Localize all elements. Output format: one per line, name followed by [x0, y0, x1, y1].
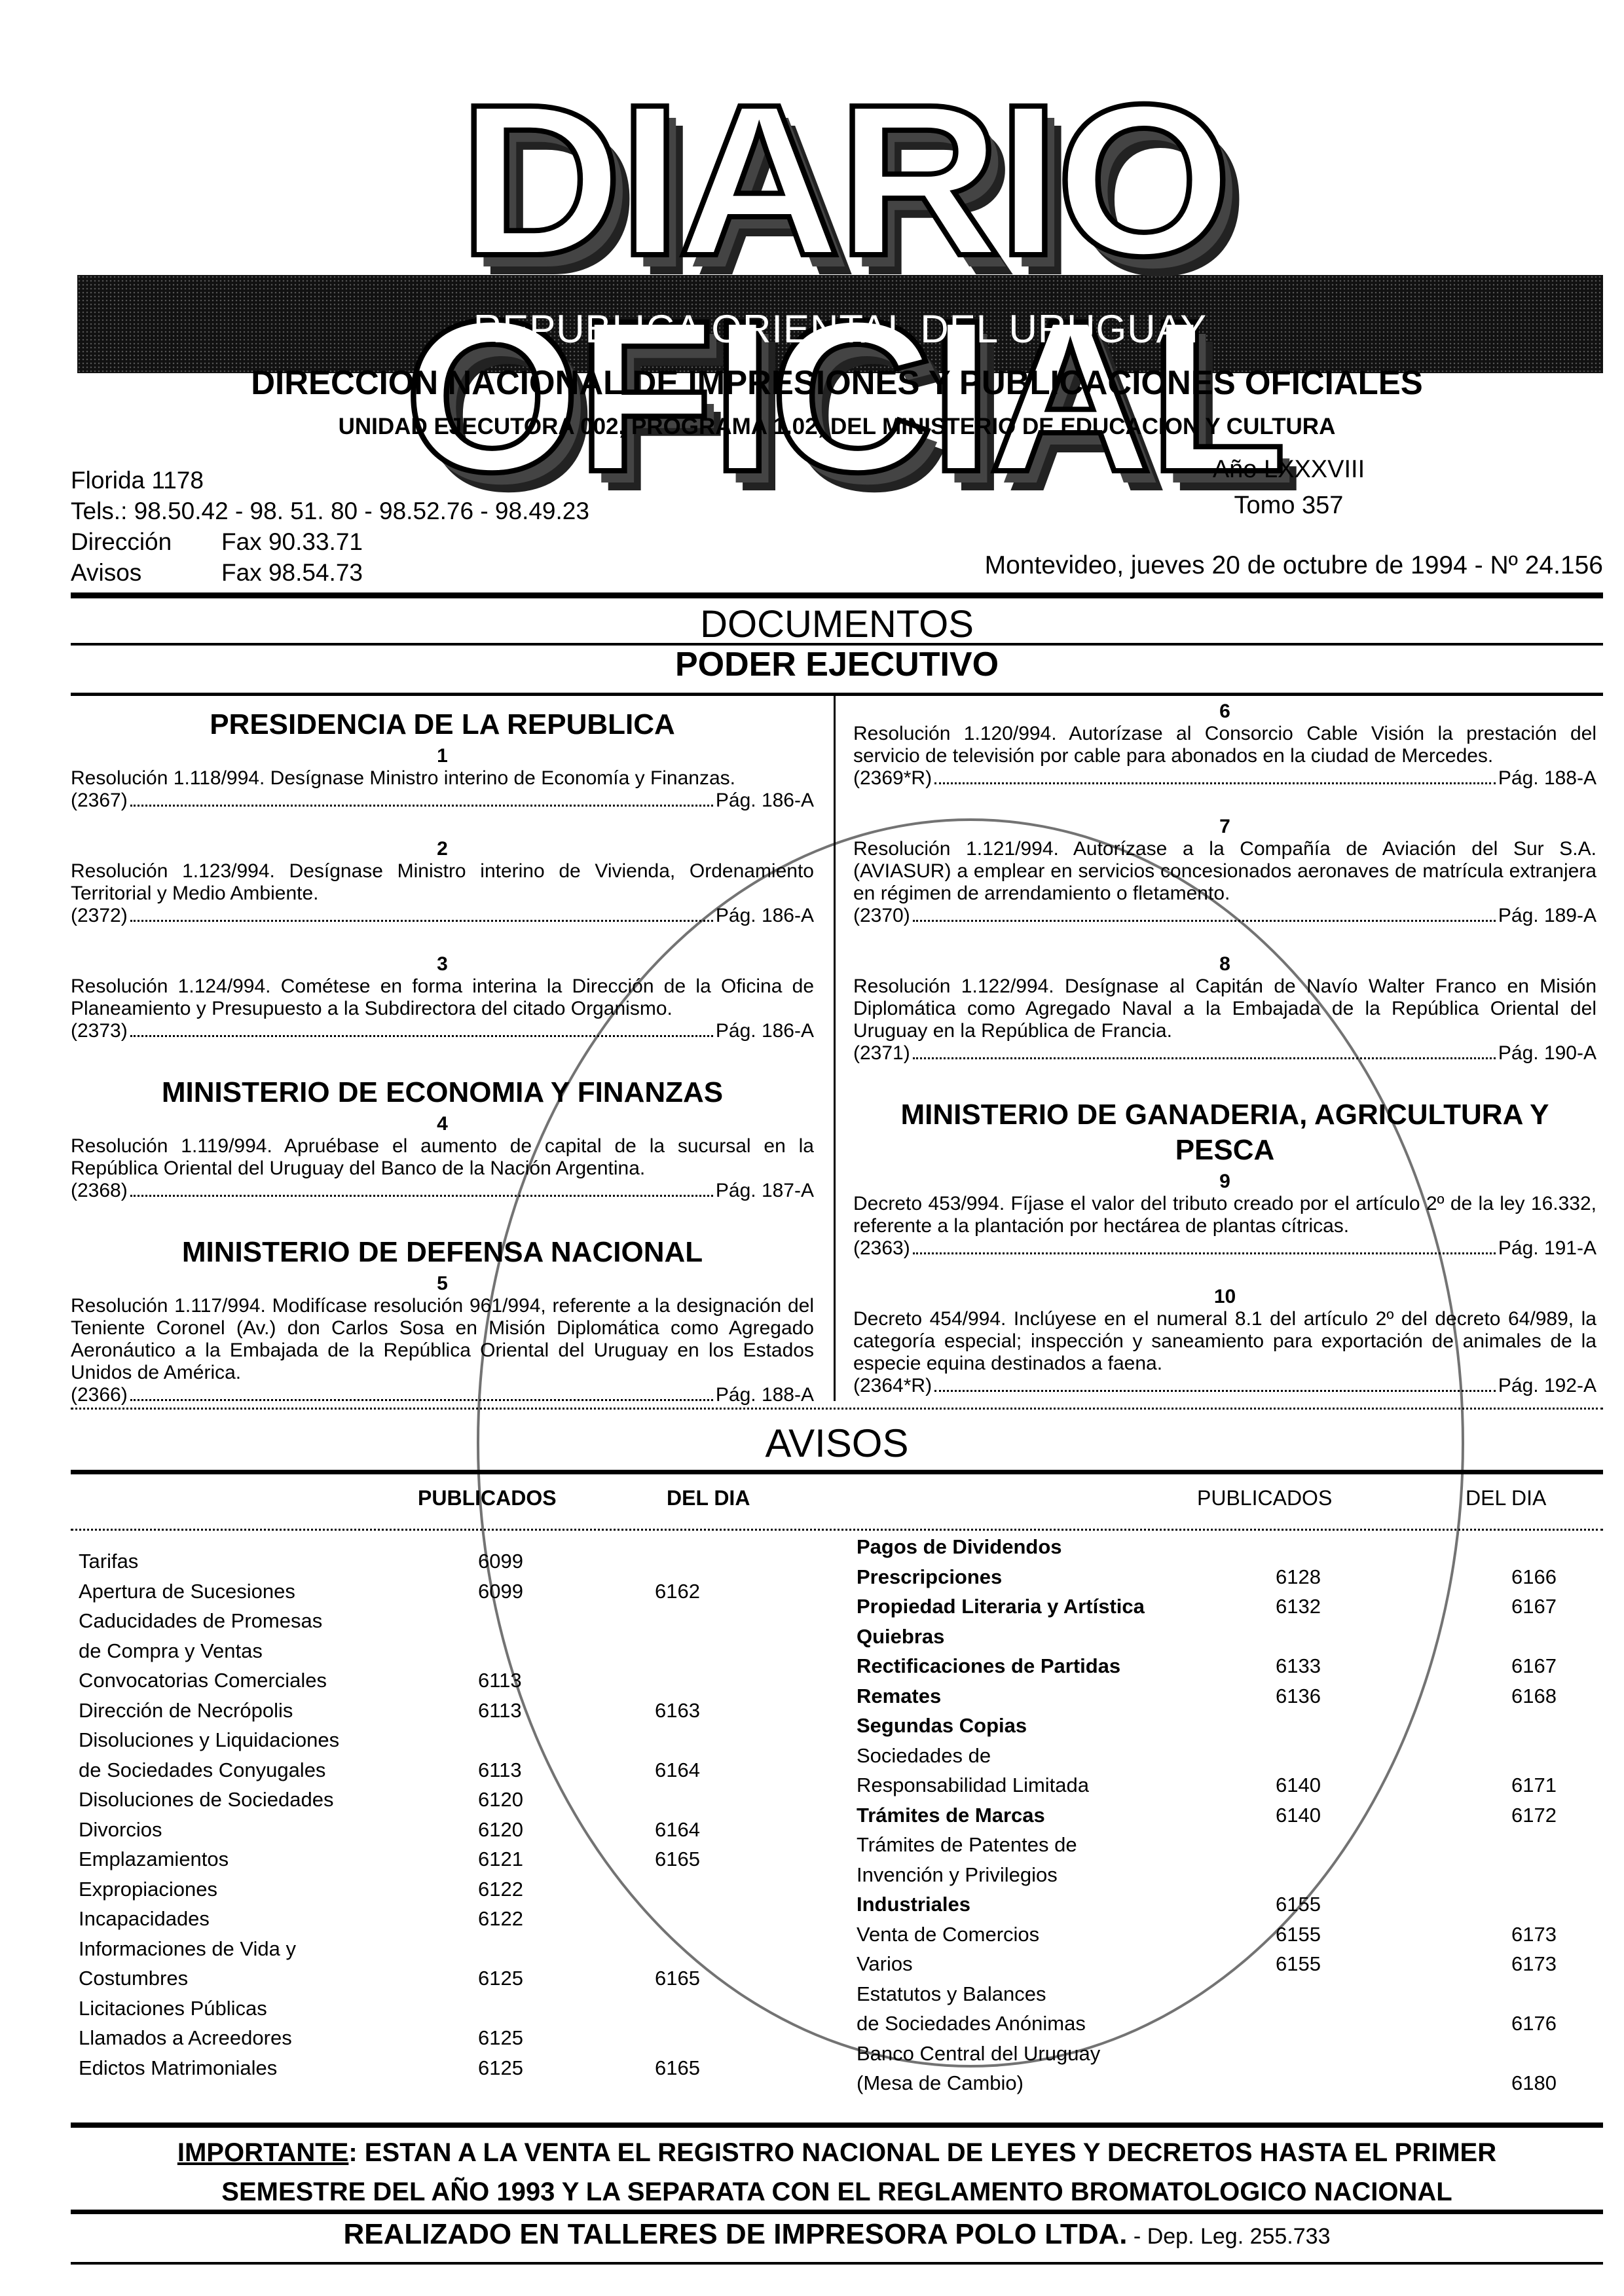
notice-line-2: SEMESTRE DEL AÑO 1993 Y LA SEPARATA CON …: [71, 2172, 1603, 2212]
aviso-row: Banco Central del Uruguay: [857, 2039, 1624, 2069]
divider: [71, 592, 1603, 598]
spacer: [853, 1065, 1596, 1091]
aviso-category: Industriales: [857, 1889, 1236, 1920]
entry-page: Pág. 187-A: [716, 1180, 814, 1202]
aviso-row: Dirección de Necrópolis61136163: [79, 1696, 786, 1726]
aviso-category: Expropiaciones: [79, 1874, 452, 1904]
entry-page: Pág. 186-A: [716, 1020, 814, 1042]
aviso-row: de Compra y Ventas: [79, 1636, 786, 1666]
dot-leader: [934, 782, 1496, 784]
fax-label: Dirección: [71, 526, 221, 557]
entry-code: (2370): [853, 905, 910, 927]
aviso-category: Convocatorias Comerciales: [79, 1666, 452, 1696]
document-entry: 6Resolución 1.120/994. Autorízase al Con…: [853, 701, 1596, 790]
entry-code: (2373): [71, 1020, 128, 1042]
aviso-today-page: 6173: [1472, 1920, 1624, 1950]
aviso-category: Caducidades de Promesas: [79, 1606, 452, 1636]
aviso-row: Estatutos y Balances: [857, 1979, 1624, 2009]
avisos-right-list: Pagos de DividendosPrescripciones6128616…: [857, 1532, 1624, 2098]
aviso-row: de Sociedades Conyugales61136164: [79, 1755, 786, 1785]
aviso-published-page: [1236, 1830, 1472, 1860]
header-today-right: DEL DIA: [1466, 1486, 1546, 1510]
aviso-today-page: [648, 1606, 786, 1636]
aviso-category: Costumbres: [79, 1963, 452, 1994]
aviso-row: Edictos Matrimoniales61256165: [79, 2053, 786, 2083]
aviso-category: Edictos Matrimoniales: [79, 2053, 452, 2083]
spacer: [71, 1202, 814, 1228]
aviso-today-page: 6163: [648, 1696, 786, 1726]
aviso-published-page: 6125: [452, 2053, 648, 2083]
entry-code: (2364*R): [853, 1375, 932, 1397]
aviso-row: Expropiaciones6122: [79, 1874, 786, 1904]
aviso-published-page: 6140: [1236, 1800, 1472, 1831]
aviso-today-page: [1472, 1889, 1624, 1920]
entry-reference: (2368)Pág. 187-A: [71, 1180, 814, 1202]
divider: [71, 2262, 1603, 2265]
aviso-today-page: [648, 1874, 786, 1904]
column-divider: [834, 694, 836, 1401]
entry-reference: (2367)Pág. 186-A: [71, 790, 814, 812]
aviso-category: Banco Central del Uruguay: [857, 2039, 1236, 2069]
spacer: [853, 1260, 1596, 1286]
aviso-published-page: 6128: [1236, 1562, 1472, 1592]
aviso-today-page: [1472, 2039, 1624, 2069]
important-notice: IMPORTANTE: ESTAN A LA VENTA EL REGISTRO…: [71, 2133, 1603, 2212]
entry-page: Pág. 190-A: [1498, 1042, 1596, 1065]
aviso-today-page: 6164: [648, 1815, 786, 1845]
dot-leader: [130, 1035, 713, 1037]
aviso-row: Segundas Copias: [857, 1711, 1624, 1741]
aviso-published-page: 6113: [452, 1755, 648, 1785]
aviso-row: Costumbres61256165: [79, 1963, 786, 1994]
aviso-today-page: [1472, 1830, 1624, 1860]
aviso-today-page: [1472, 1622, 1624, 1652]
aviso-category: Llamados a Acreedores: [79, 2023, 452, 2053]
entry-page: Pág. 191-A: [1498, 1237, 1596, 1260]
aviso-published-page: [452, 1994, 648, 2024]
aviso-row: de Sociedades Anónimas6176: [857, 2009, 1624, 2039]
header-published-left: PUBLICADOS: [418, 1486, 557, 1510]
aviso-published-page: 6113: [452, 1666, 648, 1696]
aviso-today-page: [648, 1934, 786, 1964]
aviso-published-page: 6099: [452, 1576, 648, 1607]
entry-page: Pág. 189-A: [1498, 905, 1596, 927]
entry-number: 2: [71, 838, 814, 860]
entry-description: Resolución 1.123/994. Desígnase Ministro…: [71, 860, 814, 905]
aviso-today-page: [648, 1636, 786, 1666]
aviso-row: Tarifas6099: [79, 1546, 786, 1576]
aviso-row: Propiedad Literaria y Artística61326167: [857, 1592, 1624, 1622]
legal-deposit: - Dep. Leg. 255.733: [1127, 2224, 1330, 2249]
divider: [71, 2210, 1603, 2214]
aviso-category: Responsabilidad Limitada: [857, 1770, 1236, 1800]
dot-leader: [913, 1057, 1496, 1059]
aviso-category: Apertura de Sucesiones: [79, 1576, 452, 1607]
aviso-published-page: 6132: [1236, 1592, 1472, 1622]
aviso-category: Propiedad Literaria y Artística: [857, 1592, 1236, 1622]
entry-page: Pág. 192-A: [1498, 1375, 1596, 1397]
entry-code: (2363): [853, 1237, 910, 1260]
ministry-heading: MINISTERIO DE GANADERIA, AGRICULTURA Y P…: [853, 1097, 1596, 1168]
aviso-published-page: [452, 1934, 648, 1964]
aviso-published-page: 6155: [1236, 1889, 1472, 1920]
aviso-published-page: 6155: [1236, 1920, 1472, 1950]
document-entry: 4Resolución 1.119/994. Apruébase el aume…: [71, 1113, 814, 1202]
aviso-category: Tarifas: [79, 1546, 452, 1576]
spacer: [853, 790, 1596, 816]
aviso-row: Quiebras: [857, 1622, 1624, 1652]
aviso-today-page: 6165: [648, 1963, 786, 1994]
document-entry: 2Resolución 1.123/994. Desígnase Ministr…: [71, 838, 814, 927]
aviso-row: Convocatorias Comerciales6113: [79, 1666, 786, 1696]
aviso-published-page: 6099: [452, 1546, 648, 1576]
document-entry: 7Resolución 1.121/994. Autorízase a la C…: [853, 816, 1596, 927]
entry-number: 10: [853, 1286, 1596, 1308]
aviso-today-page: 6166: [1472, 1562, 1624, 1592]
section-title-documentos: DOCUMENTOS: [71, 602, 1603, 646]
aviso-category: de Sociedades Anónimas: [857, 2009, 1236, 2039]
aviso-published-page: [1236, 1622, 1472, 1652]
address: Florida 1178: [71, 465, 589, 496]
aviso-published-page: 6121: [452, 1844, 648, 1874]
entry-number: 3: [71, 953, 814, 975]
aviso-published-page: [1236, 1860, 1472, 1890]
aviso-published-page: [452, 1606, 648, 1636]
entry-description: Resolución 1.117/994. Modifícase resoluc…: [71, 1295, 814, 1384]
aviso-category: Emplazamientos: [79, 1844, 452, 1874]
aviso-row: Rectificaciones de Partidas61336167: [857, 1651, 1624, 1681]
aviso-category: Segundas Copias: [857, 1711, 1236, 1741]
aviso-published-page: 6120: [452, 1815, 648, 1845]
entry-page: Pág. 186-A: [716, 905, 814, 927]
masthead: DIARIO OFICIAL REPUBLICA ORIENTAL DEL UR…: [77, 59, 1603, 340]
entry-reference: (2371)Pág. 190-A: [853, 1042, 1596, 1065]
aviso-today-page: 6164: [648, 1755, 786, 1785]
dot-leader: [934, 1390, 1496, 1392]
aviso-category: Venta de Comercios: [857, 1920, 1236, 1950]
aviso-published-page: [452, 1725, 648, 1755]
entry-description: Resolución 1.122/994. Desígnase al Capit…: [853, 975, 1596, 1042]
aviso-today-page: [1472, 1741, 1624, 1771]
dot-leader: [913, 920, 1496, 922]
section-title-avisos: AVISOS: [71, 1421, 1603, 1466]
aviso-today-page: [648, 1904, 786, 1934]
document-entry: 8Resolución 1.122/994. Desígnase al Capi…: [853, 953, 1596, 1065]
ministry-heading: MINISTERIO DE ECONOMIA Y FINANZAS: [71, 1075, 814, 1110]
aviso-row: Invención y Privilegios: [857, 1860, 1624, 1890]
aviso-category: Prescripciones: [857, 1562, 1236, 1592]
entry-page: Pág. 186-A: [716, 790, 814, 812]
aviso-row: Disoluciones de Sociedades6120: [79, 1785, 786, 1815]
dot-leader: [913, 1252, 1496, 1254]
entry-number: 9: [853, 1171, 1596, 1193]
agency-unit: UNIDAD EJECUTORA 002, PROGRAMA 1.02, DEL…: [71, 414, 1603, 440]
aviso-today-page: 6173: [1472, 1949, 1624, 1979]
aviso-row: Incapacidades6122: [79, 1904, 786, 1934]
aviso-today-page: [1472, 1979, 1624, 2009]
divider: [71, 2123, 1603, 2128]
aviso-published-page: 6125: [452, 2023, 648, 2053]
issue-info: Año LXXXVIII Tomo 357: [1092, 452, 1485, 524]
entry-reference: (2373)Pág. 186-A: [71, 1020, 814, 1042]
aviso-row: Trámites de Marcas61406172: [857, 1800, 1624, 1831]
aviso-row: Remates61366168: [857, 1681, 1624, 1711]
dot-leader: [130, 805, 713, 807]
fax-label: Avisos: [71, 557, 221, 588]
aviso-today-page: [648, 1785, 786, 1815]
aviso-category: Licitaciones Públicas: [79, 1994, 452, 2024]
entry-description: Resolución 1.124/994. Cométese en forma …: [71, 975, 814, 1020]
avisos-left-list: Tarifas6099Apertura de Sucesiones6099616…: [79, 1546, 786, 2083]
fax-row: Avisos Fax 98.54.73: [71, 557, 589, 588]
aviso-category: (Mesa de Cambio): [857, 2068, 1236, 2098]
header-today-left: DEL DIA: [667, 1486, 750, 1510]
aviso-row: Apertura de Sucesiones60996162: [79, 1576, 786, 1607]
fax-value: Fax 90.33.71: [221, 526, 363, 557]
aviso-today-page: 6162: [648, 1576, 786, 1607]
aviso-row: Llamados a Acreedores6125: [79, 2023, 786, 2053]
entry-description: Decreto 453/994. Fíjase el valor del tri…: [853, 1193, 1596, 1237]
aviso-category: Trámites de Marcas: [857, 1800, 1236, 1831]
entry-code: (2371): [853, 1042, 910, 1065]
aviso-today-page: [1472, 1532, 1624, 1562]
aviso-today-page: 6168: [1472, 1681, 1624, 1711]
aviso-today-page: [648, 1546, 786, 1576]
spacer: [71, 1042, 814, 1068]
aviso-row: Disoluciones y Liquidaciones: [79, 1725, 786, 1755]
masthead-subtitle: REPUBLICA ORIENTAL DEL URUGUAY: [77, 306, 1603, 352]
aviso-today-page: [1472, 1860, 1624, 1890]
spacer: [71, 927, 814, 953]
aviso-category: Varios: [857, 1949, 1236, 1979]
aviso-published-page: 6136: [1236, 1681, 1472, 1711]
entry-number: 1: [71, 745, 814, 767]
aviso-today-page: 6167: [1472, 1592, 1624, 1622]
aviso-today-page: [648, 1666, 786, 1696]
documents-right-column: 6Resolución 1.120/994. Autorízase al Con…: [853, 701, 1596, 1423]
aviso-category: Dirección de Necrópolis: [79, 1696, 452, 1726]
aviso-today-page: 6171: [1472, 1770, 1624, 1800]
aviso-today-page: 6165: [648, 2053, 786, 2083]
aviso-category: Trámites de Patentes de: [857, 1830, 1236, 1860]
aviso-row: Venta de Comercios61556173: [857, 1920, 1624, 1950]
header-published-right: PUBLICADOS: [1197, 1486, 1332, 1510]
fax-row: Dirección Fax 90.33.71: [71, 526, 589, 557]
entry-code: (2366): [71, 1384, 128, 1406]
aviso-category: Invención y Privilegios: [857, 1860, 1236, 1890]
aviso-category: Pagos de Dividendos: [857, 1532, 1236, 1562]
fax-value: Fax 98.54.73: [221, 557, 363, 588]
dot-leader: [130, 1399, 713, 1401]
aviso-today-page: 6167: [1472, 1651, 1624, 1681]
aviso-today-page: [1472, 1711, 1624, 1741]
printer-credit: REALIZADO EN TALLERES DE IMPRESORA POLO …: [71, 2218, 1603, 2251]
document-entry: 3Resolución 1.124/994. Cométese en forma…: [71, 953, 814, 1042]
aviso-published-page: 6122: [452, 1874, 648, 1904]
dateline: Montevideo, jueves 20 de octubre de 1994…: [985, 551, 1603, 580]
aviso-published-page: [1236, 1979, 1472, 2009]
divider-dotted: [71, 1529, 1603, 1531]
section-title-poder-ejecutivo: PODER EJECUTIVO: [71, 645, 1603, 684]
document-entry: 1Resolución 1.118/994. Desígnase Ministr…: [71, 745, 814, 812]
aviso-today-page: 6172: [1472, 1800, 1624, 1831]
aviso-today-page: 6180: [1472, 2068, 1624, 2098]
entry-page: Pág. 188-A: [1498, 767, 1596, 790]
documents-left-column: PRESIDENCIA DE LA REPUBLICA1Resolución 1…: [71, 701, 814, 1432]
aviso-category: Rectificaciones de Partidas: [857, 1651, 1236, 1681]
entry-reference: (2364*R)Pág. 192-A: [853, 1375, 1596, 1397]
aviso-category: Disoluciones y Liquidaciones: [79, 1725, 452, 1755]
gazette-page: DIARIO OFICIAL REPUBLICA ORIENTAL DEL UR…: [71, 0, 1603, 2296]
aviso-category: de Compra y Ventas: [79, 1636, 452, 1666]
aviso-category: Estatutos y Balances: [857, 1979, 1236, 2009]
issue-year: Año LXXXVIII: [1092, 452, 1485, 488]
contact-block: Florida 1178 Tels.: 98.50.42 - 98. 51. 8…: [71, 465, 589, 588]
entry-page: Pág. 188-A: [716, 1384, 814, 1406]
aviso-published-page: [452, 1636, 648, 1666]
entry-reference: (2370)Pág. 189-A: [853, 905, 1596, 927]
entry-number: 4: [71, 1113, 814, 1135]
aviso-category: Divorcios: [79, 1815, 452, 1845]
aviso-published-page: 6125: [452, 1963, 648, 1994]
aviso-row: Trámites de Patentes de: [857, 1830, 1624, 1860]
ministry-heading: PRESIDENCIA DE LA REPUBLICA: [71, 707, 814, 742]
aviso-row: Informaciones de Vida y: [79, 1934, 786, 1964]
aviso-row: Pagos de Dividendos: [857, 1532, 1624, 1562]
entry-reference: (2369*R)Pág. 188-A: [853, 767, 1596, 790]
spacer: [853, 1397, 1596, 1423]
aviso-row: Varios61556173: [857, 1949, 1624, 1979]
aviso-category: Disoluciones de Sociedades: [79, 1785, 452, 1815]
aviso-published-page: [1236, 2039, 1472, 2069]
aviso-category: Quiebras: [857, 1622, 1236, 1652]
aviso-today-page: [648, 1725, 786, 1755]
aviso-published-page: 6140: [1236, 1770, 1472, 1800]
aviso-row: Emplazamientos61216165: [79, 1844, 786, 1874]
spacer: [853, 927, 1596, 953]
divider: [71, 693, 1603, 696]
aviso-published-page: 6155: [1236, 1949, 1472, 1979]
aviso-category: Remates: [857, 1681, 1236, 1711]
aviso-published-page: 6113: [452, 1696, 648, 1726]
entry-reference: (2372)Pág. 186-A: [71, 905, 814, 927]
entry-description: Resolución 1.121/994. Autorízase a la Co…: [853, 838, 1596, 905]
entry-reference: (2366)Pág. 188-A: [71, 1384, 814, 1406]
aviso-published-page: [1236, 2068, 1472, 2098]
aviso-published-page: [1236, 2009, 1472, 2039]
document-entry: 5Resolución 1.117/994. Modifícase resolu…: [71, 1273, 814, 1406]
aviso-published-page: 6120: [452, 1785, 648, 1815]
aviso-row: Caducidades de Promesas: [79, 1606, 786, 1636]
aviso-published-page: [1236, 1532, 1472, 1562]
aviso-row: Responsabilidad Limitada61406171: [857, 1770, 1624, 1800]
issue-volume: Tomo 357: [1092, 488, 1485, 524]
entry-code: (2369*R): [853, 767, 932, 790]
entry-description: Decreto 454/994. Inclúyese en el numeral…: [853, 1308, 1596, 1375]
entry-description: Resolución 1.118/994. Desígnase Ministro…: [71, 767, 814, 790]
document-entry: 10Decreto 454/994. Inclúyese en el numer…: [853, 1286, 1596, 1397]
divider-dotted: [71, 1408, 1603, 1410]
ministry-heading: MINISTERIO DE DEFENSA NACIONAL: [71, 1235, 814, 1270]
dot-leader: [130, 1195, 713, 1197]
aviso-category: de Sociedades Conyugales: [79, 1755, 452, 1785]
document-entry: 9Decreto 453/994. Fíjase el valor del tr…: [853, 1171, 1596, 1260]
aviso-row: (Mesa de Cambio)6180: [857, 2068, 1624, 2098]
aviso-today-page: [648, 2023, 786, 2053]
entry-number: 7: [853, 816, 1596, 838]
spacer: [71, 812, 814, 838]
aviso-published-page: 6122: [452, 1904, 648, 1934]
aviso-category: Informaciones de Vida y: [79, 1934, 452, 1964]
divider: [71, 1470, 1603, 1474]
entry-code: (2368): [71, 1180, 128, 1202]
aviso-published-page: [1236, 1741, 1472, 1771]
aviso-row: Licitaciones Públicas: [79, 1994, 786, 2024]
printer-name: REALIZADO EN TALLERES DE IMPRESORA POLO …: [344, 2218, 1128, 2250]
entry-reference: (2363)Pág. 191-A: [853, 1237, 1596, 1260]
notice-lead: IMPORTANTE: [177, 2138, 348, 2167]
aviso-today-page: [648, 1994, 786, 2024]
entry-number: 8: [853, 953, 1596, 975]
aviso-today-page: 6165: [648, 1844, 786, 1874]
notice-line-1: : ESTAN A LA VENTA EL REGISTRO NACIONAL …: [348, 2138, 1496, 2167]
aviso-published-page: [1236, 1711, 1472, 1741]
aviso-row: Prescripciones61286166: [857, 1562, 1624, 1592]
aviso-today-page: 6176: [1472, 2009, 1624, 2039]
entry-code: (2372): [71, 905, 128, 927]
entry-description: Resolución 1.120/994. Autorízase al Cons…: [853, 723, 1596, 767]
phones: Tels.: 98.50.42 - 98. 51. 80 - 98.52.76 …: [71, 496, 589, 526]
dot-leader: [130, 920, 713, 922]
entry-code: (2367): [71, 790, 128, 812]
aviso-row: Sociedades de: [857, 1741, 1624, 1771]
aviso-published-page: 6133: [1236, 1651, 1472, 1681]
aviso-category: Incapacidades: [79, 1904, 452, 1934]
entry-number: 6: [853, 701, 1596, 723]
agency-name: DIRECCION NACIONAL DE IMPRESIONES Y PUBL…: [86, 363, 1587, 403]
aviso-row: Industriales6155: [857, 1889, 1624, 1920]
aviso-category: Sociedades de: [857, 1741, 1236, 1771]
aviso-row: Divorcios61206164: [79, 1815, 786, 1845]
entry-description: Resolución 1.119/994. Apruébase el aumen…: [71, 1135, 814, 1180]
entry-number: 5: [71, 1273, 814, 1295]
